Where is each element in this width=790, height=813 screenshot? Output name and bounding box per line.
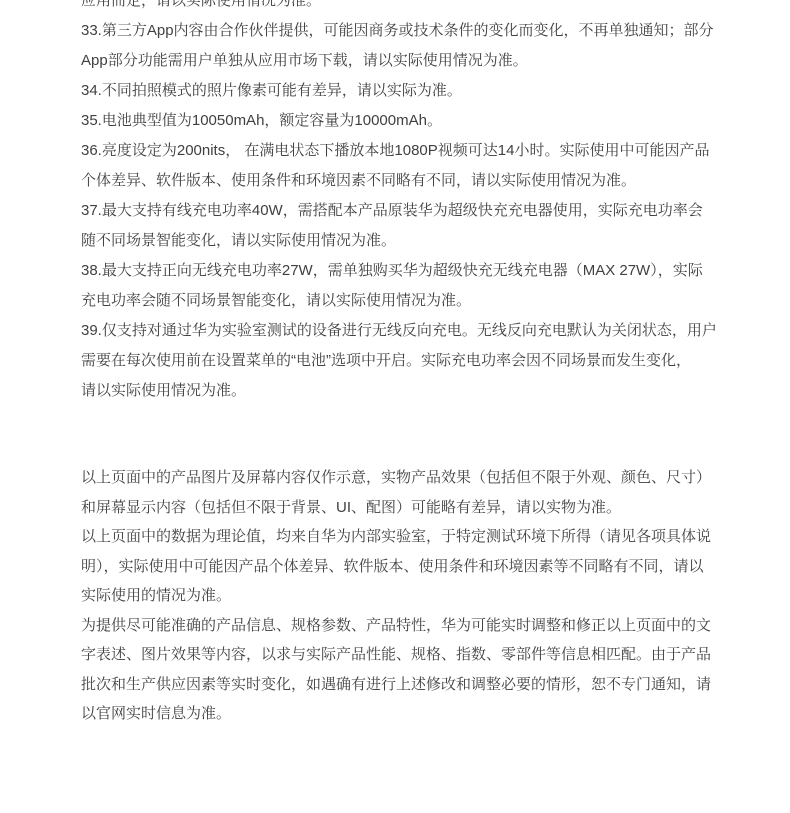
note-line-continuation: 应用而定，请以实际使用情况为准。 (81, 0, 726, 16)
numbered-notes-section: 应用而定，请以实际使用情况为准。 33.第三方App内容由合作伙伴提供，可能因商… (81, 0, 726, 406)
note-line-39-2: 需要在每次使用前在设置菜单的“电池”选项中开启。实际充电功率会因不同场景而发生变… (81, 346, 726, 376)
disclaimer-line-4: 明），实际使用中可能因产品个体差异、软件版本、使用条件和环境因素等不同略有不同，… (81, 552, 726, 582)
disclaimer-line-6: 为提供尽可能准确的产品信息、规格参数、产品特性，华为可能实时调整和修正以上页面中… (81, 611, 726, 641)
note-line-38-1: 38.最大支持正向无线充电功率27W，需单独购买华为超级快充无线充电器（MAX … (81, 256, 726, 286)
page: { "page": { "background_color": "#ffffff… (0, 0, 790, 813)
note-line-37-1: 37.最大支持有线充电功率40W，需搭配本产品原装华为超级快充充电器使用，实际充… (81, 196, 726, 226)
disclaimer-section: 以上页面中的产品图片及屏幕内容仅作示意，实物产品效果（包括但不限于外观、颜色、尺… (81, 463, 726, 729)
disclaimer-line-3: 以上页面中的数据为理论值，均来自华为内部实验室，于特定测试环境下所得（请见各项具… (81, 522, 726, 552)
disclaimer-line-2: 和屏幕显示内容（包括但不限于背景、UI、配图）可能略有差异，请以实物为准。 (81, 493, 726, 523)
note-line-36-1: 36.亮度设定为200nits， 在满电状态下播放本地1080P视频可达14小时… (81, 136, 726, 166)
note-line-39-3: 请以实际使用情况为准。 (81, 376, 726, 406)
note-line-38-2: 充电功率会随不同场景智能变化，请以实际使用情况为准。 (81, 286, 726, 316)
disclaimer-line-9: 以官网实时信息为准。 (81, 699, 726, 729)
note-line-36-2: 个体差异、软件版本、使用条件和环境因素不同略有不同，请以实际使用情况为准。 (81, 166, 726, 196)
note-line-33-1: 33.第三方App内容由合作伙伴提供，可能因商务或技术条件的变化而变化，不再单独… (81, 16, 726, 46)
note-line-34: 34.不同拍照模式的照片像素可能有差异，请以实际为准。 (81, 76, 726, 106)
note-line-39-1: 39.仅支持对通过华为实验室测试的设备进行无线反向充电。无线反向充电默认为关闭状… (81, 316, 726, 346)
note-line-35: 35.电池典型值为10050mAh，额定容量为10000mAh。 (81, 106, 726, 136)
note-line-37-2: 随不同场景智能变化，请以实际使用情况为准。 (81, 226, 726, 256)
disclaimer-line-5: 实际使用的情况为准。 (81, 581, 726, 611)
disclaimer-line-7: 字表述、图片效果等内容，以求与实际产品性能、规格、指数、零部件等信息相匹配。由于… (81, 640, 726, 670)
disclaimer-line-1: 以上页面中的产品图片及屏幕内容仅作示意，实物产品效果（包括但不限于外观、颜色、尺… (81, 463, 726, 493)
note-line-33-2: App部分功能需用户单独从应用市场下载，请以实际使用情况为准。 (81, 46, 726, 76)
disclaimer-line-8: 批次和生产供应因素等实时变化，如遇确有进行上述修改和调整必要的情形，恕不专门通知… (81, 670, 726, 700)
